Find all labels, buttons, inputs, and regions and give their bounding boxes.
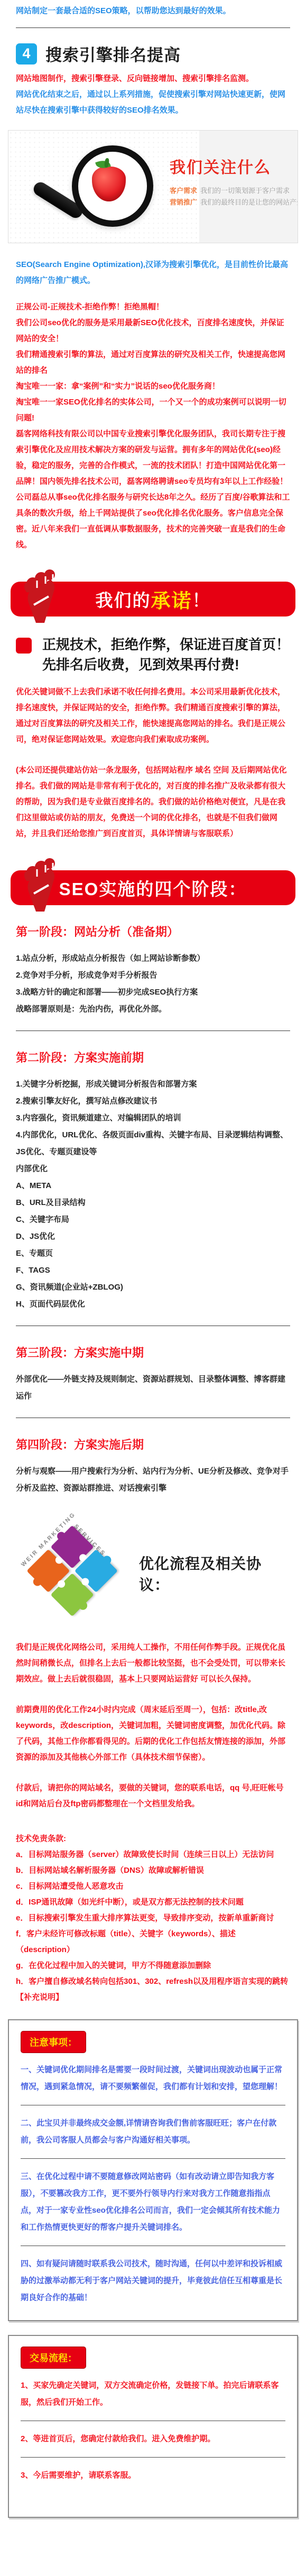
notice-divider: [21, 2105, 285, 2105]
terms-item: g．在优化过程中加入的关键词，甲方不得随意添加删除: [16, 1958, 290, 1974]
stage2-line: C、关键字布局: [16, 1211, 290, 1228]
stage2-line: G、资讯频道(企业站+ZBLOG): [16, 1279, 290, 1296]
company-intro-paragraph: 磊客网络科技有限公司以中国专业搜索引擎优化服务团队，我司长期专注于搜索引擎优化及…: [16, 426, 290, 553]
puzzle-logo: WEIR MARKETING SERVICES: [16, 1513, 129, 1634]
notice-item: 四、如有疑问请随时联系我公司技术，随时沟通，任何以中差评和投诉相威胁的过激举动都…: [21, 2256, 285, 2306]
promise-headline: 正规技术，拒绝作弊，保证进百度首页！ 先排名后收费，见到效果再付费!: [16, 634, 290, 675]
seo-claim-line: 淘宝唯一一家：拿“案例”和“实力”说话的seo优化服务商！: [16, 379, 290, 394]
terms-item: c．目标网站遭受他人恶意攻击: [16, 1879, 290, 1894]
focus-title: 我们关注什么: [170, 154, 298, 178]
trade-divider: [21, 2457, 285, 2458]
intro-tail-line: 网站制定一套最合适的SEO策略，以帮助您达到最好的效果。: [16, 3, 290, 19]
focus-item-label: 营销推广: [170, 198, 197, 206]
section-blue-line: 网站优化结束之后，通过以上系列措施，促使搜索引擎对网站快速更新，使网站尽快在搜索…: [16, 87, 290, 118]
stage2-line: A、META: [16, 1177, 290, 1194]
terms-title: 技术免责条款:: [16, 1831, 290, 1847]
stage2-line: D、JS优化: [16, 1228, 290, 1245]
seo-claim-line: 我们精通搜索引擎的算法，通过对百度算法的研究及相关工作，快速提高您网站的排名: [16, 347, 290, 379]
process-header: WEIR MARKETING SERVICES 优化流程及相关协议：: [16, 1513, 290, 1634]
stage1-line: 1.站点分析，形成站点分析报告（如上网站诊断参数）: [16, 950, 290, 967]
trade-divider: [21, 2421, 285, 2421]
red-square-bullet: [16, 638, 32, 654]
notice-box: 注意事项： 一、关键词优化期间排名是需要一段时间过渡，关键词出现波动也属于正常情…: [8, 2019, 298, 2321]
trade-item: 2、等进首页后，您确定付款给我们。进入免费维护期。: [21, 2431, 285, 2448]
seo-claim-line: 正规公司-正规技术-拒绝作弊！拒绝黑帽！: [16, 299, 290, 315]
notice-divider: [21, 2158, 285, 2159]
terms-item: f．客户未经许可修改标题（title）、关键字（keywords）、描述（des…: [16, 1926, 290, 1958]
promise-paragraph: 优化关键词做不上去我们承诺不收任何排名费用。本公司采用最新优化技术，排名速度快，…: [16, 684, 290, 748]
focus-item-text: 我们的最终目的是让您的网站产生效益: [200, 198, 298, 206]
promise-headline-line2: 先排名后收费，见到效果再付费!: [42, 655, 290, 675]
promise-headline-line1: 正规技术，拒绝作弊，保证进百度首页！: [42, 634, 290, 655]
stage2-line: H、页面代码层优化: [16, 1296, 290, 1313]
stages-banner: SEO实施的四个阶段：: [11, 870, 295, 905]
stage2-line: E、专题页: [16, 1245, 290, 1262]
terms-note: 【补充说明】: [16, 1990, 290, 2005]
stage3-title: 第三阶段：方案实施中期: [16, 1344, 290, 1360]
section-title: 搜索引擎排名提高: [45, 42, 181, 66]
promise-banner: 我们的承诺！: [11, 582, 295, 617]
stage2-line: 3.内容强化，资讯频道建立、对编辑团队的培训: [16, 1110, 290, 1127]
stage1-line: 2.竞争对手分析，形成竞争对手分析报告: [16, 967, 290, 984]
stage4-title: 第四阶段：方案实施后期: [16, 1436, 290, 1452]
stage2-line: 4.内部优化，URL优化、各级页面div重构、关键字布局、目录逻辑结构调整、 J…: [16, 1127, 290, 1161]
focus-banner: 我们关注什么 客户需求我们的一切策划源于客户需求 营销推广我们的最终目的是让您的…: [8, 130, 298, 243]
seo-detail-page: 网站制定一套最合适的SEO策略，以帮助您达到最好的效果。 4 搜索引擎排名提高 …: [0, 0, 306, 2576]
terms-item: e．目标搜索引擎发生重大排序算法更变，导致排序变动，按新单重新商讨: [16, 1910, 290, 1926]
terms-item: a．目标网站服务器（server）故障致使长时间（连续三日以上）无法访问: [16, 1847, 290, 1863]
fist-icon: [18, 857, 63, 912]
focus-item-label: 客户需求: [170, 187, 197, 195]
stage3-line: 外部优化——外链支持及规则制定、资源站群规划、目录整体调整、博客群建运作: [16, 1371, 290, 1405]
notice-item: 一、关键词优化期间排名是需要一段时间过渡，关键词出现波动也属于正常情况，遇到紧急…: [21, 2062, 285, 2095]
seo-claim-line: 我们公司seo优化的服务是采用最新SEO优化技术，百度排名速度快，并保证网站的安…: [16, 315, 290, 347]
puzzle-pieces: [26, 1524, 119, 1617]
banner-text-suffix: ！: [192, 587, 211, 612]
stage2-line: F、TAGS: [16, 1262, 290, 1279]
seo-definition: SEO(Search Engine Optimization),汉译为搜索引擎优…: [16, 257, 290, 289]
stage-divider: [16, 1031, 290, 1031]
process-paragraph: 前期费用的优化工作24小时内完成（周末延后至周一），包括：改title,改key…: [16, 1702, 290, 1765]
stage2-line: 1.关键字分析挖掘，形成关键词分析报告和部署方案: [16, 1076, 290, 1093]
section-divider: [16, 27, 290, 28]
stage-divider: [16, 1418, 290, 1418]
stage2-line: B、URL及目录结构: [16, 1194, 290, 1211]
stage2-line: 2.搜索引擎友好化，撰写站点修改建议书: [16, 1093, 290, 1110]
section4-header: 4 搜索引擎排名提高: [16, 42, 290, 66]
fist-icon: [18, 568, 63, 623]
stage1-line: 战略部署原则是：先治内伤，再优化外部。: [16, 1001, 290, 1018]
terms-item: d．ISP通讯故障（如光纤中断），或是双方都无法控制的技术问题: [16, 1894, 290, 1910]
seo-claim-line: 淘宝唯一一家SEO优化排名的实体公司，一个又一个的成功案例可以说明一切问题!: [16, 394, 290, 426]
banner-text-highlight: 承诺: [151, 585, 192, 613]
trade-item: 1、买家先确定关键词，双方交流确定价格，发链接下单。拍完后请联系客服，然后我们开…: [21, 2377, 285, 2411]
bottom-whitespace: [0, 2518, 306, 2576]
process-title: 优化流程及相关协议：: [139, 1552, 290, 1595]
stage2-line: 内部优化: [16, 1161, 290, 1177]
promise-extra-paragraph: (本公司还提供建站仿站一条龙服务，包括网站程序 域名 空间 及后期网站优化排名。…: [16, 762, 290, 842]
process-paragraph: 付款后，请把你的网站域名，要做的关键词，您的联系电话，qq 号,旺旺帐号id和网…: [16, 1780, 290, 1812]
process-paragraph: 我们是正规优化网络公司，采用纯人工操作，不用任何作弊手段。正规优化虽然时间稍微长…: [16, 1640, 290, 1687]
section-number-badge: 4: [16, 43, 37, 65]
focus-item: 客户需求我们的一切策划源于客户需求: [170, 185, 298, 197]
stage4-line: 分析与观察——用户搜索行为分析、站内行为分析、UE分析及修改、竞争对手分析及监控…: [16, 1463, 290, 1497]
notice-item: 三、在优化过程中请不要随意修改网站密码（如有改动请立即告知我方客服），不要篡改我…: [21, 2168, 285, 2236]
notice-badge: 注意事项：: [21, 2031, 86, 2053]
focus-text-block: 我们关注什么 客户需求我们的一切策划源于客户需求 营销推广我们的最终目的是让您的…: [170, 154, 298, 208]
trade-badge: 交易流程：: [21, 2347, 86, 2369]
focus-item: 营销推广我们的最终目的是让您的网站产生效益: [170, 197, 298, 208]
notice-item: 二、此宝贝并非最终成交金额,详情请咨询我们售前客服旺旺；客户在付款前，我公司客服…: [21, 2115, 285, 2149]
section-red-line: 网站地图制作，搜索引擎登录、反向链接增加、搜索引擎排名监测。: [16, 71, 290, 87]
banner-text: SEO实施的四个阶段：: [59, 876, 247, 900]
stage-divider: [16, 1326, 290, 1326]
terms-item: h．客户擅自修改域名转向包括301、302、refresh以及用程序语言实现的跳…: [16, 1974, 290, 1990]
stage1-line: 3.战略方针的确定和部署——初步完成SEO执行方案: [16, 984, 290, 1001]
terms-item: b．目标网站域名解析服务器（DNS）故障或解析错误: [16, 1863, 290, 1879]
stage2-title: 第二阶段：方案实施前期: [16, 1049, 290, 1065]
trade-item: 3、今后需要维护，请联系客服。: [21, 2467, 285, 2484]
notice-divider: [21, 2246, 285, 2246]
banner-text-prefix: 我们的: [96, 587, 151, 612]
trade-box: 交易流程： 1、买家先确定关键词，双方交流确定价格，发链接下单。拍完后请联系客服…: [8, 2335, 298, 2518]
focus-item-text: 我们的一切策划源于客户需求: [200, 187, 290, 195]
stage1-title: 第一阶段：网站分析（准备期）: [16, 923, 290, 940]
